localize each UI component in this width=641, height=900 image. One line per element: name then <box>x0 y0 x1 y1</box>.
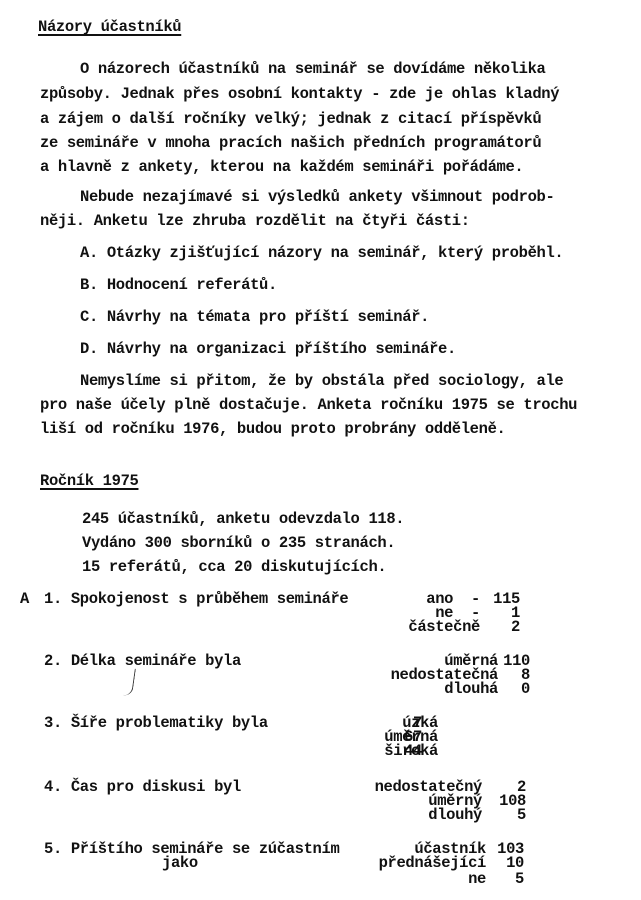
answer-option: ne <box>326 872 486 888</box>
section-marker: A <box>20 592 29 608</box>
survey-part-a: A. Otázky zjišťující názory na seminář, … <box>80 246 563 262</box>
survey-part-b: B. Hodnocení referátů. <box>80 278 277 294</box>
answer-count: 0 <box>490 682 530 698</box>
intro-line: ze semináře v mnoha pracích našich předn… <box>40 136 541 152</box>
answer-count: 2 <box>480 620 520 636</box>
question-label: 1. Spokojenost s průběhem semináře <box>44 592 348 608</box>
answer-count: 5 <box>484 872 524 888</box>
answer-option: částečně <box>320 620 480 636</box>
closing-line: Nemyslíme si přitom, že by obstála před … <box>80 374 563 390</box>
document-page: Názory účastníků O názorech účastníků na… <box>0 0 641 900</box>
intro-line: O názorech účastníků na seminář se dovíd… <box>80 62 545 78</box>
answer-option: dlouhá <box>338 682 498 698</box>
fact-line: Vydáno 300 sborníků o 235 stranách. <box>82 536 395 552</box>
year-heading: Ročník 1975 <box>40 474 138 490</box>
survey-part-c: C. Návrhy na témata pro příští seminář. <box>80 310 429 326</box>
survey-part-d: D. Návrhy na organizaci příštího seminář… <box>80 342 456 358</box>
fact-line: 15 referátů, cca 20 diskutujících. <box>82 560 386 576</box>
answer-option: přednášející <box>326 856 486 872</box>
closing-line: pro naše účely plně dostačuje. Anketa ro… <box>40 398 577 414</box>
answer-count: 44 <box>382 744 422 760</box>
intro-line: a hlavně z ankety, kterou na každém semi… <box>40 160 523 176</box>
survey-intro-line: něji. Anketu lze zhruba rozdělit na čtyř… <box>40 214 470 230</box>
fact-line: 245 účastníků, anketu odevzdalo 118. <box>82 512 404 528</box>
closing-line: liší od ročníku 1976, budou proto probrá… <box>40 422 505 438</box>
question-label: 3. Šíře problematiky byla <box>44 716 268 732</box>
intro-line: způsoby. Jednak přes osobní kontakty - z… <box>40 87 559 103</box>
pen-stroke-mark <box>123 668 136 697</box>
answer-count: 5 <box>486 808 526 824</box>
question-label-continued: jako <box>162 856 198 872</box>
intro-line: a zájem o další ročníky velký; jednak z … <box>40 112 541 128</box>
section-heading: Názory účastníků <box>38 20 181 36</box>
question-label: 4. Čas pro diskusi byl <box>44 780 241 796</box>
question-label: 2. Délka semináře byla <box>44 654 241 670</box>
answer-option: dlouhý <box>322 808 482 824</box>
survey-intro-line: Nebude nezajímavé si výsledků ankety vši… <box>80 190 554 206</box>
